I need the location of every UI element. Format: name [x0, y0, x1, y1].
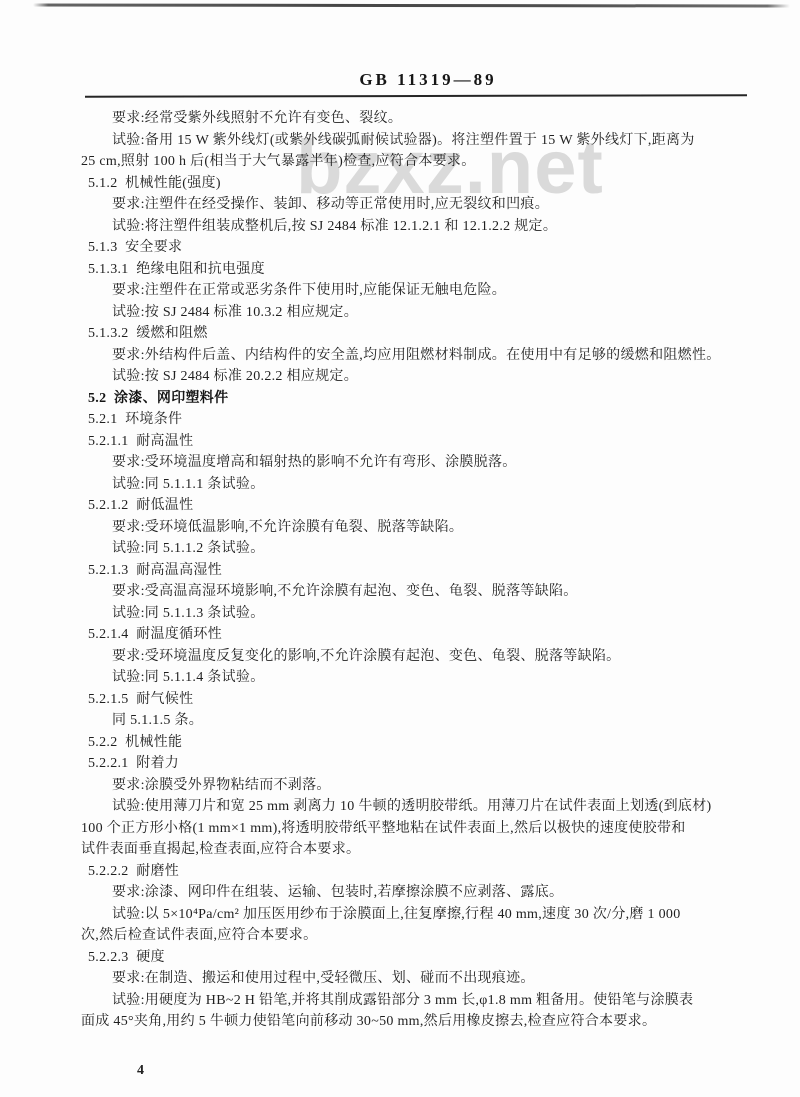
- text-line: 5.2.2.1 附着力: [88, 753, 781, 775]
- text-line: 5.2.1.3 耐高温高湿性: [88, 560, 781, 582]
- text-line: 100 个正方形小格(1 mm×1 mm),将透明胶带纸平整地粘在试件表面上,然…: [81, 818, 781, 840]
- text-line: 试验:以 5×10⁴Pa/cm² 加压医用纱布于涂膜面上,往复摩擦,行程 40 …: [112, 904, 781, 926]
- text-line: 要求:注塑件在经受操作、装卸、移动等正常使用时,应无裂纹和凹痕。: [112, 194, 781, 216]
- text-line: 试件表面垂直揭起,检查表面,应符合本要求。: [81, 839, 781, 861]
- text-line: 试验:使用薄刀片和宽 25 mm 剥离力 10 牛顿的透明胶带纸。用薄刀片在试件…: [112, 796, 781, 818]
- text-line: 次,然后检查试件表面,应符合本要求。: [81, 925, 781, 947]
- text-line: 试验:同 5.1.1.2 条试验。: [112, 538, 781, 560]
- text-line: 要求:受高温高湿环境影响,不允许涂膜有起泡、变色、龟裂、脱落等缺陷。: [112, 581, 781, 603]
- text-line: 5.1.3.1 绝缘电阻和抗电强度: [88, 259, 781, 281]
- page-header: GB 11319—89: [0, 70, 800, 90]
- text-line: 要求:受环境温度增高和辐射热的影响不允许有弯形、涂膜脱落。: [112, 452, 781, 474]
- text-line: 试验:将注塑件组装成整机后,按 SJ 2484 标准 12.1.2.1 和 12…: [112, 216, 781, 238]
- standard-number: GB 11319—89: [359, 70, 496, 90]
- text-line: 5.2.2 机械性能: [88, 732, 781, 754]
- text-line: 试验:按 SJ 2484 标准 20.2.2 相应规定。: [112, 366, 781, 388]
- text-lines: 要求:经常受紫外线照射不允许有变色、裂纹。试验:备用 15 W 紫外线灯(或紫外…: [81, 108, 781, 1033]
- text-line: 5.2.1.4 耐温度循环性: [88, 624, 781, 646]
- text-line: 要求:涂漆、网印件在组装、运输、包装时,若摩擦涂膜不应剥落、露底。: [112, 882, 781, 904]
- header-rule: [85, 94, 747, 97]
- text-line: 试验:备用 15 W 紫外线灯(或紫外线碳弧耐候试验器)。将注塑件置于 15 W…: [112, 130, 781, 152]
- scan-artifact-line: [33, 3, 790, 7]
- text-line: 5.2.1.5 耐气候性: [88, 689, 781, 711]
- text-line: 5.2 涂漆、网印塑料件: [88, 388, 781, 410]
- text-line: 要求:经常受紫外线照射不允许有变色、裂纹。: [112, 108, 781, 130]
- text-line: 5.1.3 安全要求: [88, 237, 781, 259]
- text-line: 同 5.1.1.5 条。: [112, 710, 781, 732]
- text-line: 要求:受环境温度反复变化的影响,不允许涂膜有起泡、变色、龟裂、脱落等缺陷。: [112, 646, 781, 668]
- text-line: 要求:涂膜受外界物粘结而不剥落。: [112, 775, 781, 797]
- text-line: 试验:用硬度为 HB~2 H 铅笔,并将其削成露铅部分 3 mm 长,φ1.8 …: [112, 990, 781, 1012]
- text-line: 5.2.1.1 耐高温性: [88, 431, 781, 453]
- text-line: 25 cm,照射 100 h 后(相当于大气暴露半年)检查,应符合本要求。: [81, 151, 781, 173]
- text-line: 5.2.2.3 硬度: [88, 947, 781, 969]
- text-line: 5.2.1.2 耐低温性: [88, 495, 781, 517]
- text-line: 5.2.2.2 耐磨性: [88, 861, 781, 883]
- text-line: 试验:同 5.1.1.1 条试验。: [112, 474, 781, 496]
- text-line: 5.2.1 环境条件: [88, 409, 781, 431]
- text-line: 要求:受环境低温影响,不允许涂膜有龟裂、脱落等缺陷。: [112, 517, 781, 539]
- text-line: 试验:同 5.1.1.4 条试验。: [112, 667, 781, 689]
- text-line: 试验:同 5.1.1.3 条试验。: [112, 603, 781, 625]
- text-line: 要求:外结构件后盖、内结构件的安全盖,均应用阻燃材料制成。在使用中有足够的缓燃和…: [112, 345, 781, 367]
- text-line: 要求:在制造、搬运和使用过程中,受轻微压、划、碰而不出现痕迹。: [112, 968, 781, 990]
- document-page: GB 11319—89 bzxz.net 要求:经常受紫外线照射不允许有变色、裂…: [0, 0, 800, 1097]
- text-line: 5.1.2 机械性能(强度): [88, 173, 781, 195]
- page-number: 4: [137, 1063, 144, 1079]
- text-line: 5.1.3.2 缓燃和阻燃: [88, 323, 781, 345]
- text-line: 要求:注塑件在正常或恶劣条件下使用时,应能保证无触电危险。: [112, 280, 781, 302]
- text-line: 试验:按 SJ 2484 标准 10.3.2 相应规定。: [112, 302, 781, 324]
- text-line: 面成 45°夹角,用约 5 牛顿力使铅笔向前移动 30~50 mm,然后用橡皮擦…: [81, 1011, 781, 1033]
